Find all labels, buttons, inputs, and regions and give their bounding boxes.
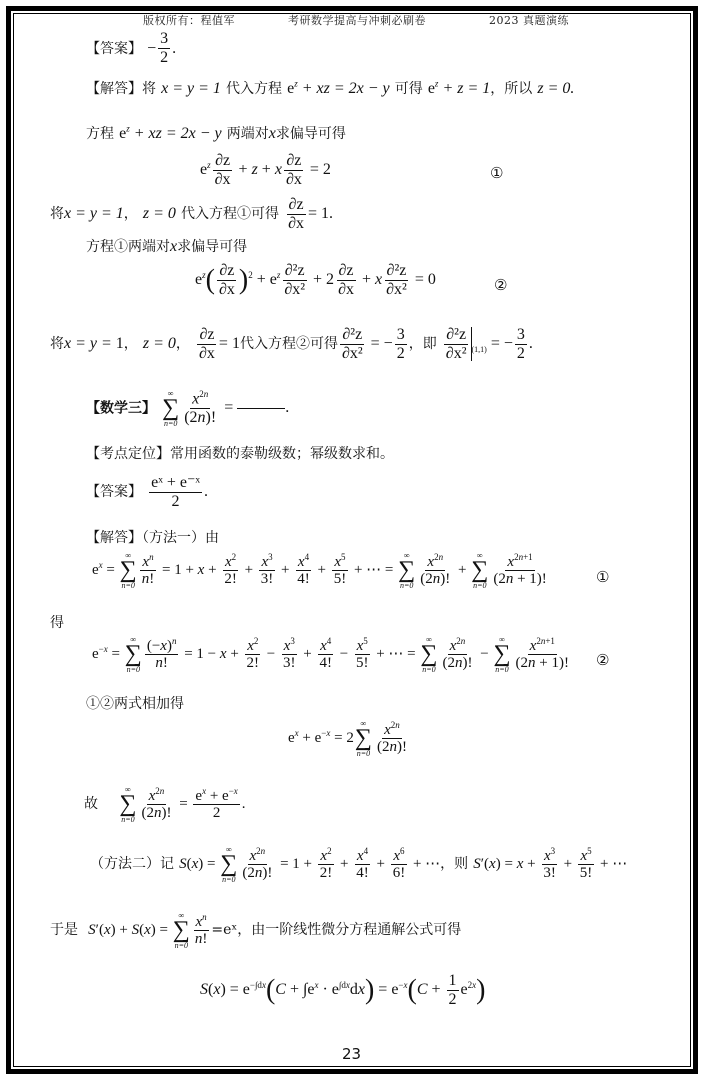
answer-line-1: 【答案】 −32. bbox=[86, 30, 176, 67]
equation-tag-2: ② bbox=[494, 276, 507, 294]
problem-2-title: 【数学三】 ∞∑n=0x2n(2n)! = . bbox=[86, 390, 289, 428]
series-tag-2: ② bbox=[596, 651, 609, 669]
de-text: 得 bbox=[50, 612, 64, 632]
header-section: 2023 真题演练 bbox=[489, 12, 569, 28]
solution-line-3: 将x = y = 1， z = 0 代入方程①可得 ∂z∂x= 1. bbox=[50, 196, 333, 233]
page-number: 23 bbox=[342, 1045, 361, 1063]
answer-blank bbox=[237, 408, 285, 409]
solution-line-1: 【解答】将 x = y = 1 代入方程 ez + xz = 2x − y 可得… bbox=[86, 78, 574, 98]
answer-fraction: 32 bbox=[158, 30, 170, 67]
method-1-line: 【解答】（方法一）由 bbox=[86, 527, 219, 547]
answer-line-2: 【答案】 eˣ + e⁻ˣ2. bbox=[86, 474, 208, 511]
series-tag-1: ① bbox=[596, 568, 609, 586]
header-book-title: 考研数学提高与冲刺必刷卷 bbox=[288, 12, 426, 28]
series-equation-2: e−x = ∞∑n=0(−x)nn! = 1 − x + x22! − x33!… bbox=[92, 636, 573, 674]
header-copyright: 版权所有：程值军 bbox=[143, 12, 235, 28]
final-equation: S(x) = e−∫dx(C + ∫ex · e∫dxdx) = e−x(C +… bbox=[200, 972, 485, 1009]
solution-line-5: 将x = y = 1， z = 0， ∂z∂x= 1代入方程②可得∂²z∂x² … bbox=[50, 326, 533, 363]
equation-1: ez∂z∂x + z + x∂z∂x = 2 bbox=[200, 152, 331, 189]
conclusion-line: 故 ∞∑n=0x2n(2n)! = ex + e−x2. bbox=[84, 786, 246, 824]
solution-line-2: 方程 ez + xz = 2x − y 两端对x求偏导可得 bbox=[86, 123, 346, 143]
topic-line: 【考点定位】常用函数的泰勒级数；幂级数求和。 bbox=[86, 443, 394, 463]
method-2-line: （方法二）记 S(x) = ∞∑n=0x2n(2n)! = 1 + x22! +… bbox=[90, 846, 627, 884]
equation-tag-1: ① bbox=[490, 164, 503, 182]
add-text: ①②两式相加得 bbox=[86, 693, 184, 713]
ode-line: 于是 S′(x) + S(x) = ∞∑n=0xnn!=eˣ，由一阶线性微分方程… bbox=[50, 912, 461, 950]
series-equation-1: ex = ∞∑n=0xnn! = 1 + x + x22! + x33! + x… bbox=[92, 552, 551, 590]
sum-equation: ex + e−x = 2∞∑n=0x2n(2n)! bbox=[288, 720, 411, 758]
solution-line-4: 方程①两端对x求偏导可得 bbox=[86, 236, 247, 256]
equation-2: ez(∂z∂x)2 + ez∂²z∂x² + 2∂z∂x + x∂²z∂x² =… bbox=[195, 262, 436, 299]
